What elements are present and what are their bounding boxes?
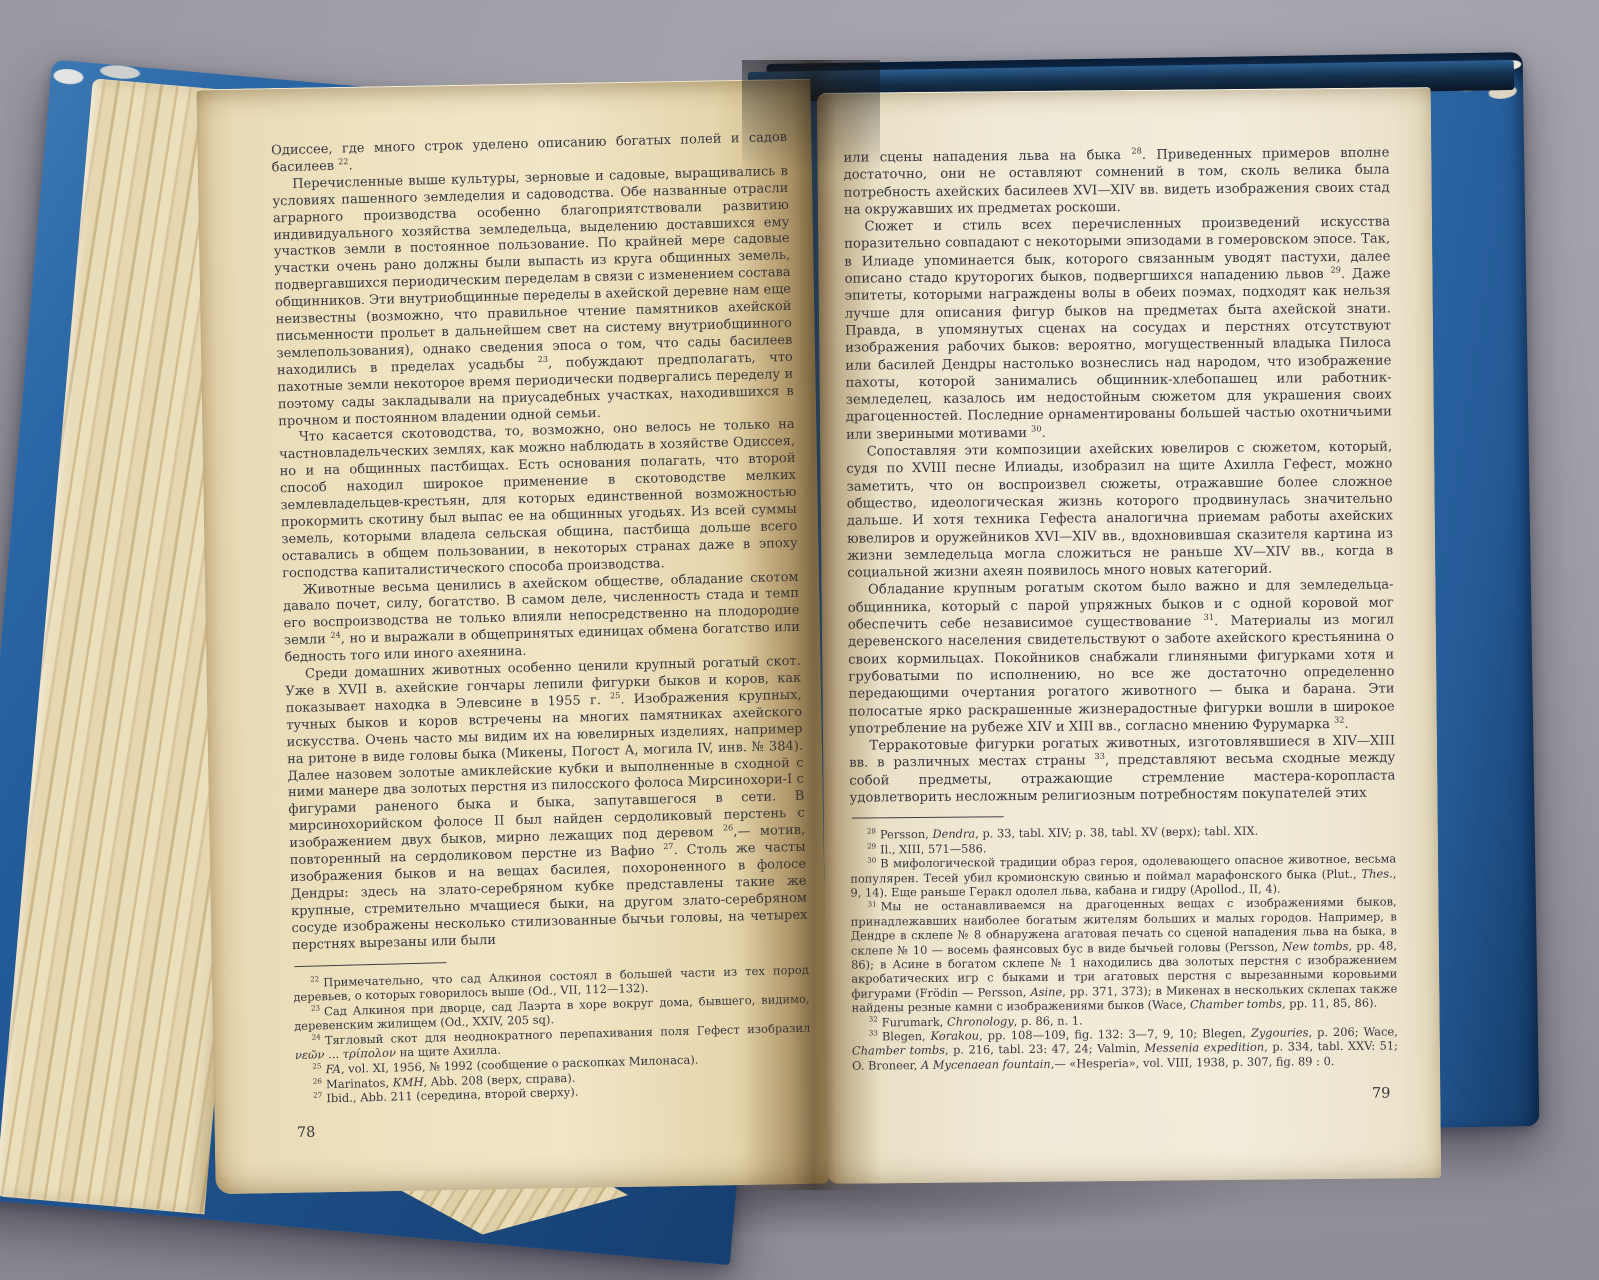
footnote-text: В мифологической традиции образ героя, о… <box>850 852 1396 900</box>
footnote: 30В мифологической традиции образ героя,… <box>850 852 1396 900</box>
paragraph: Сюжет и стиль всех перечисленных произве… <box>844 214 1392 444</box>
paragraph: Сопоставляя эти композиции ахейских ювел… <box>846 439 1393 583</box>
paragraph: Среди домашних животных особенно ценили … <box>285 654 808 955</box>
footnote-number: 30 <box>867 856 876 865</box>
footnote-text: Il., XIII, 571—586. <box>880 841 986 856</box>
footnote-number: 27 <box>313 1091 322 1100</box>
footnotes: 22Примечательно, что сад Алкиноя состоял… <box>293 962 812 1107</box>
photo-stage: Одиссее, где много строк уделено описани… <box>0 0 1599 1280</box>
page-number-right: 79 <box>852 1086 1398 1109</box>
body-paragraphs: Одиссее, где много строк уделено описани… <box>271 130 808 955</box>
footnote-number: 32 <box>869 1014 878 1023</box>
page-right: или сцены нападения льва на быка 28. При… <box>817 87 1441 1184</box>
footnote-number: 26 <box>313 1076 322 1085</box>
paragraph: Перечисленные выше культуры, зерновые и … <box>272 164 794 431</box>
page-number-left: 78 <box>297 1111 813 1141</box>
footnote-text: Blegen, Korakou, pp. 108—109, fig. 132: … <box>852 1024 1398 1072</box>
footnote-text: Furumark, Chronology, p. 86, n. 1. <box>882 1013 1083 1029</box>
page-left: Одиссее, где много строк уделено описани… <box>196 79 829 1195</box>
page-right-text: или сцены нападения льва на быка 28. При… <box>843 144 1398 1108</box>
footnote: 33Blegen, Korakou, pp. 108—109, fig. 132… <box>852 1024 1398 1072</box>
body-paragraphs: или сцены нападения льва на быка 28. При… <box>843 144 1395 806</box>
footnote-rule <box>295 962 447 967</box>
footnote-number: 23 <box>311 1003 320 1012</box>
footnote-number: 28 <box>867 827 876 836</box>
footnote-number: 29 <box>867 841 876 850</box>
footnote-text: Мы не останавливаемся на драгоценных вещ… <box>851 895 1398 1015</box>
page-left-text: Одиссее, где много строк уделено описани… <box>271 130 813 1142</box>
paragraph: Обладание крупным рогатым скотом было ва… <box>847 577 1394 738</box>
footnote-number: 25 <box>312 1062 321 1071</box>
footnotes: 28Persson, Dendra, p. 33, tabl. XIV; p. … <box>850 823 1398 1073</box>
footnote-number: 33 <box>869 1029 878 1038</box>
footnote-rule <box>852 816 1004 818</box>
footnote-number: 24 <box>312 1032 321 1041</box>
footnote: 31Мы не останавливаемся на драгоценных в… <box>851 895 1398 1015</box>
paragraph: Животные весьма ценились в ахейском обще… <box>283 569 801 667</box>
paragraph: или сцены нападения льва на быка 28. При… <box>843 144 1390 218</box>
paragraph: Что касается скотоводства, то, возможно,… <box>279 417 799 583</box>
paragraph: Терракотовые фигурки рогатых животных, и… <box>849 733 1396 807</box>
footnote-number: 22 <box>310 974 319 983</box>
footnote-number: 31 <box>868 899 877 908</box>
